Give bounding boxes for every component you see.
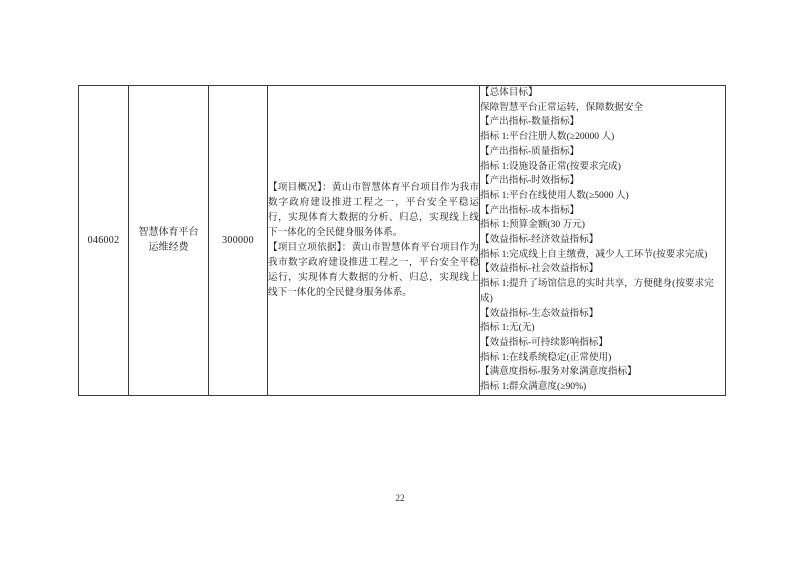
goal-line: 【产出指标-质量指标】 <box>480 145 725 160</box>
goal-line: 指标 1:设施设备正常(按要求完成) <box>480 160 725 175</box>
project-name-line2: 运维经费 <box>129 240 208 255</box>
project-budget-table: 046002 智慧体育平台 运维经费 300000 【项目概况】：黄山市智慧体育… <box>78 85 726 396</box>
goal-line: 【效益指标-社会效益指标】 <box>480 262 725 277</box>
budget-amount-cell: 300000 <box>209 86 268 396</box>
goal-line: 指标 1:平台注册人数(≥20000 人) <box>480 130 725 145</box>
goal-line: 指标 1:完成线上自主缴费，减少人工环节(按要求完成) <box>480 248 725 263</box>
goal-line: 指标 1:在线系统稳定(正常使用) <box>480 351 725 366</box>
goal-line: 【效益指标-经济效益指标】 <box>480 233 725 248</box>
goal-line: 【产出指标-数量指标】 <box>480 115 725 130</box>
performance-goals-cell: 【总体目标】 保障智慧平台正常运转，保障数据安全 【产出指标-数量指标】 指标 … <box>480 86 726 396</box>
project-description-cell: 【项目概况】：黄山市智慧体育平台项目作为我市数字政府建设推进工程之一，平台安全平… <box>268 86 480 396</box>
goal-line: 指标 1:平台在线使用人数(≥5000 人) <box>480 189 725 204</box>
goal-line: 指标 1:群众满意度(≥90%) <box>480 380 725 395</box>
project-name-cell: 智慧体育平台 运维经费 <box>129 86 209 396</box>
project-code-cell: 046002 <box>79 86 129 396</box>
goal-line: 【满意度指标-服务对象满意度指标】 <box>480 365 725 380</box>
goal-line: 【效益指标-生态效益指标】 <box>480 307 725 322</box>
goal-line: 保障智慧平台正常运转，保障数据安全 <box>480 101 725 116</box>
project-code: 046002 <box>88 235 120 246</box>
goal-line: 【产出指标-成本指标】 <box>480 204 725 219</box>
goal-line: 指标 1:预算金额(30 万元) <box>480 218 725 233</box>
project-name-line1: 智慧体育平台 <box>129 225 208 240</box>
goal-line: 指标 1:无(无) <box>480 321 725 336</box>
goal-line: 【总体目标】 <box>480 86 725 101</box>
goal-line: 【效益指标-可持续影响指标】 <box>480 336 725 351</box>
budget-amount: 300000 <box>222 235 254 246</box>
goal-line: 【产出指标-时效指标】 <box>480 174 725 189</box>
project-overview-paragraph: 【项目概况】：黄山市智慧体育平台项目作为我市数字政府建设推进工程之一，平台安全平… <box>268 180 479 240</box>
document-page: 046002 智慧体育平台 运维经费 300000 【项目概况】：黄山市智慧体育… <box>0 0 800 565</box>
goal-line: 指标 1:提升了场馆信息的实时共享，方便健身(按要求完成) <box>480 277 725 306</box>
project-basis-paragraph: 【项目立项依据】：黄山市智慧体育平台项目作为我市数字政府建设推进工程之一，平台安… <box>268 240 479 300</box>
page-number: 22 <box>0 494 800 504</box>
table-row: 046002 智慧体育平台 运维经费 300000 【项目概况】：黄山市智慧体育… <box>79 86 726 396</box>
